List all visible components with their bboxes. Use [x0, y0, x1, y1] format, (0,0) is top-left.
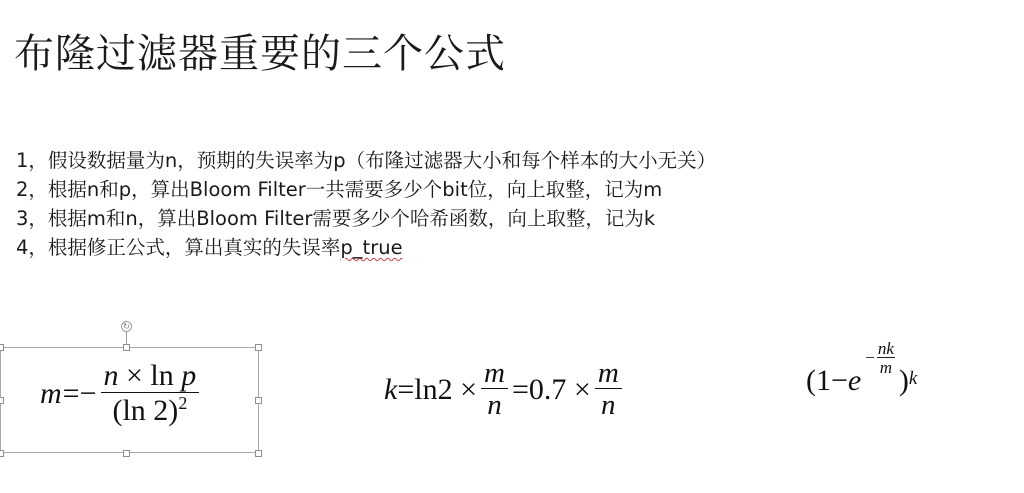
- resize-handle-top-left[interactable]: [0, 344, 4, 351]
- step-item-3: 3，根据m和n，算出Bloom Filter需要多少个哈希函数，向上取整，记为k: [16, 204, 716, 233]
- formula-k-fraction-2: m n: [595, 358, 622, 423]
- resize-handle-bottom[interactable]: [123, 450, 130, 457]
- formula-m[interactable]: m =− n × ln p (ln 2)2: [40, 360, 199, 428]
- formula-p-close: ): [899, 364, 909, 398]
- formula-p-base: e: [848, 364, 861, 398]
- slide-title[interactable]: 布隆过滤器重要的三个公式: [14, 22, 506, 79]
- formula-m-eq: =−: [63, 377, 97, 411]
- resize-handle-top[interactable]: [123, 344, 130, 351]
- formula-p-true[interactable]: (1− e − nk m ) k: [806, 360, 917, 398]
- resize-handle-left[interactable]: [0, 397, 4, 404]
- formula-p-power: k: [909, 368, 917, 390]
- formula-p-open: (1−: [806, 364, 848, 398]
- steps-list[interactable]: 1，假设数据量为n，预期的失误率为p（布隆过滤器大小和每个样本的大小无关） 2，…: [16, 146, 716, 262]
- rotate-handle-icon[interactable]: ↻: [121, 321, 132, 332]
- formula-k-fraction-1: m n: [481, 358, 508, 423]
- formula-m-numerator: n × ln p: [101, 360, 200, 393]
- resize-handle-bottom-left[interactable]: [0, 450, 4, 457]
- resize-handle-right[interactable]: [255, 397, 262, 404]
- step-4-text: 4，根据修正公式，算出真实的失误率: [16, 236, 340, 259]
- formula-k-lhs: k: [384, 373, 397, 407]
- formula-k-part1: =ln2 ×: [397, 373, 477, 407]
- formula-m-lhs: m: [40, 377, 62, 411]
- spellcheck-word: p_true: [340, 236, 402, 259]
- step-item-1: 1，假设数据量为n，预期的失误率为p（布隆过滤器大小和每个样本的大小无关）: [16, 146, 716, 175]
- formula-k-part2: =0.7 ×: [512, 373, 591, 407]
- resize-handle-top-right[interactable]: [255, 344, 262, 351]
- formula-m-fraction: n × ln p (ln 2)2: [101, 360, 200, 428]
- formula-k[interactable]: k =ln2 × m n =0.7 × m n: [384, 358, 622, 423]
- formula-m-denominator: (ln 2)2: [109, 393, 190, 429]
- step-item-4: 4，根据修正公式，算出真实的失误率p_true: [16, 233, 716, 262]
- formula-p-exp-sign: −: [865, 348, 875, 368]
- step-item-2: 2，根据n和p，算出Bloom Filter一共需要多少个bit位，向上取整，记…: [16, 175, 716, 204]
- resize-handle-bottom-right[interactable]: [255, 450, 262, 457]
- formula-p-exponent: nk m: [877, 340, 895, 378]
